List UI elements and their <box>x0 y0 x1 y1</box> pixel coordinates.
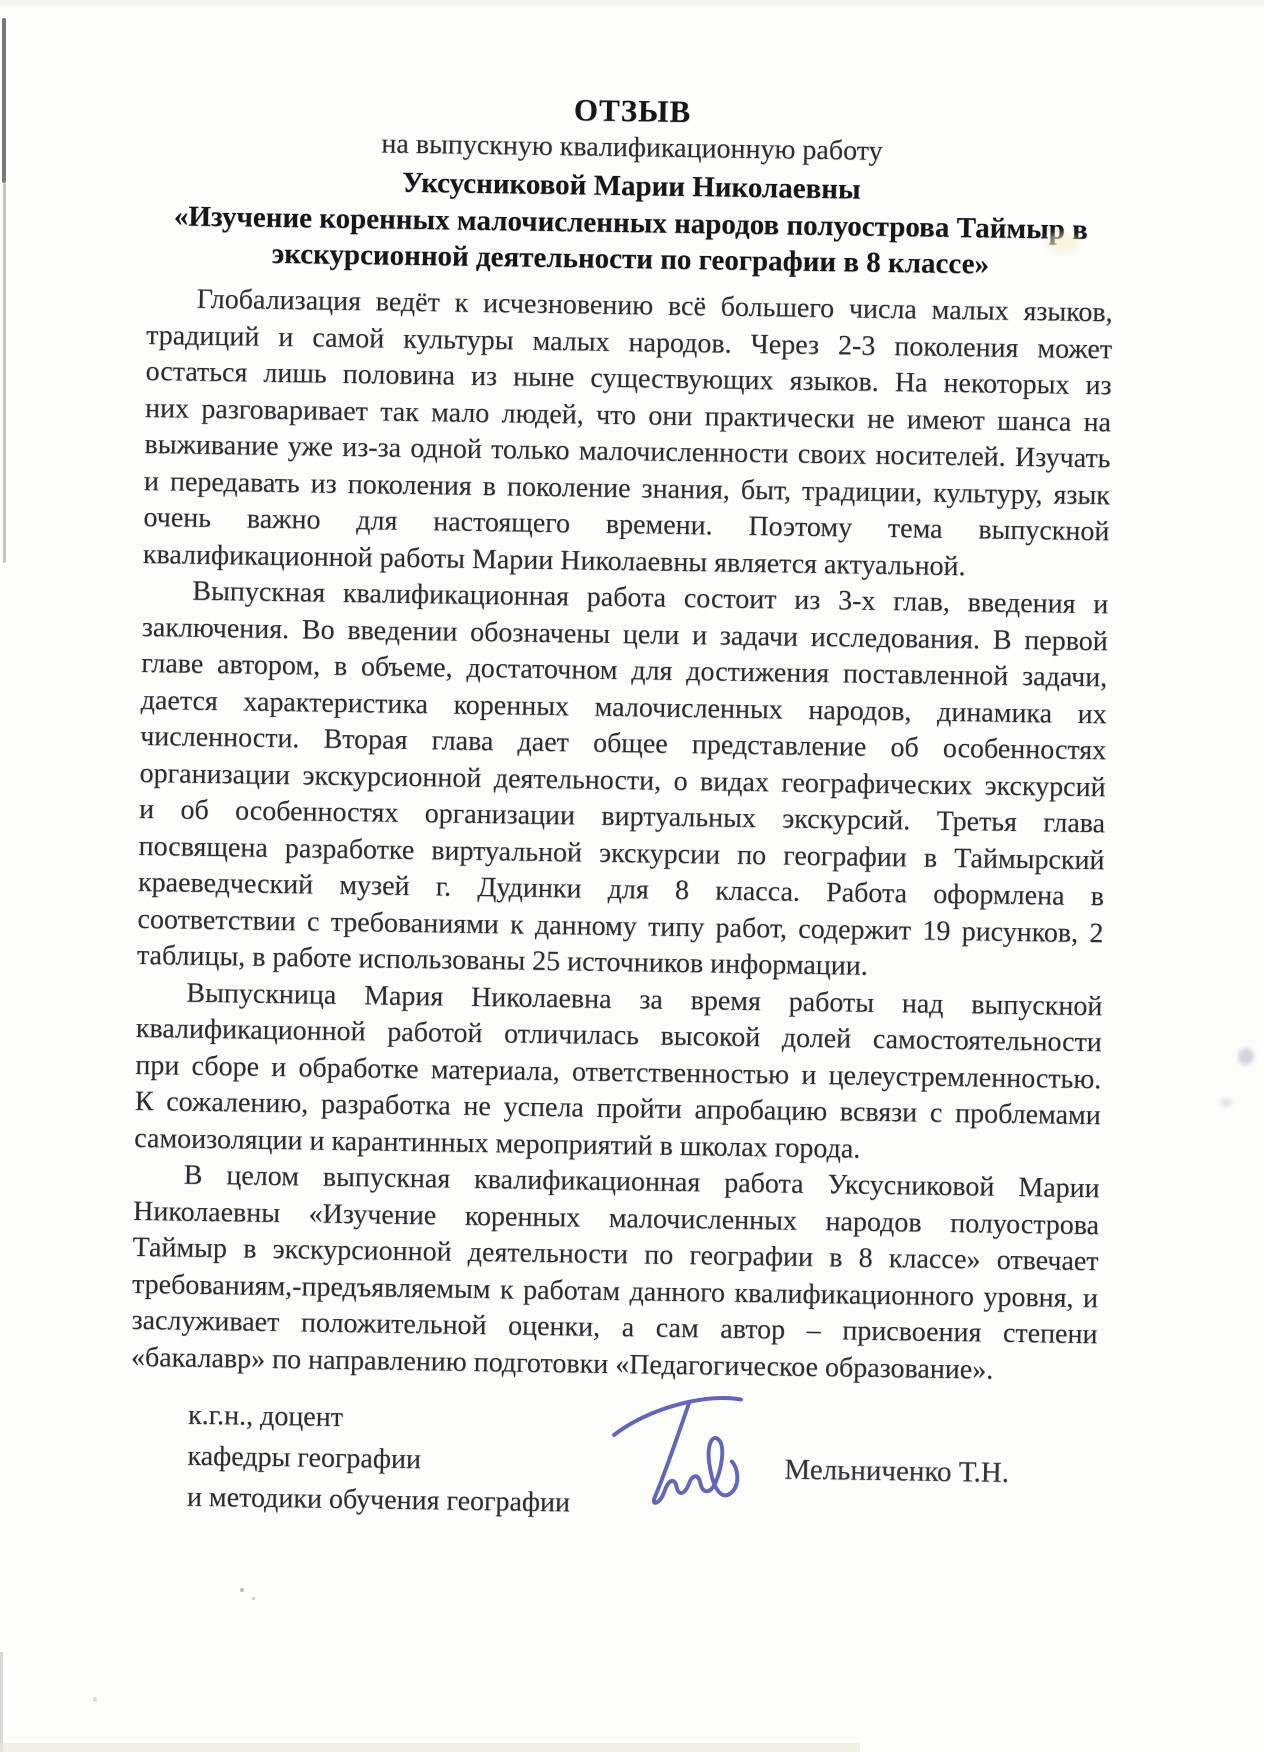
scan-artifact-smudge <box>1238 1048 1254 1065</box>
scan-artifact-speck <box>252 1597 255 1600</box>
paragraph: Выпускная квалификационная работа состои… <box>137 573 1109 989</box>
scan-artifact-bottom-edge <box>0 1743 860 1752</box>
scan-artifact-speck <box>93 1697 97 1702</box>
scan-artifact-left-edge <box>2 18 6 183</box>
scan-artifact-tint <box>1045 233 1079 253</box>
scan-artifact-left-edge <box>3 183 6 563</box>
signer-name: Мельниченко Т.Н. <box>784 1454 1009 1490</box>
body-text: Глобализация ведёт к исчезновению всё бо… <box>131 281 1113 1390</box>
scan-artifact-top-edge <box>0 0 1264 5</box>
scan-artifact-speck <box>240 1588 244 1592</box>
handwritten-signature-icon <box>609 1387 756 1519</box>
scan-artifact-left-edge <box>0 1652 3 1752</box>
signature-block: к.г.н., доцент кафедры географии и метод… <box>127 1394 1096 1618</box>
paragraph: В целом выпускная квалификационная работ… <box>131 1157 1100 1390</box>
paragraph: Выпускница Мария Николаевна за время раб… <box>134 974 1103 1171</box>
scan-artifact-smudge <box>1220 1098 1232 1107</box>
scanned-document-page: ОТЗЫВ на выпускную квалификационную рабо… <box>0 0 1264 1752</box>
document-content: ОТЗЫВ на выпускную квалификационную рабо… <box>127 78 1116 1618</box>
paragraph: Глобализация ведёт к исчезновению всё бо… <box>143 281 1113 587</box>
